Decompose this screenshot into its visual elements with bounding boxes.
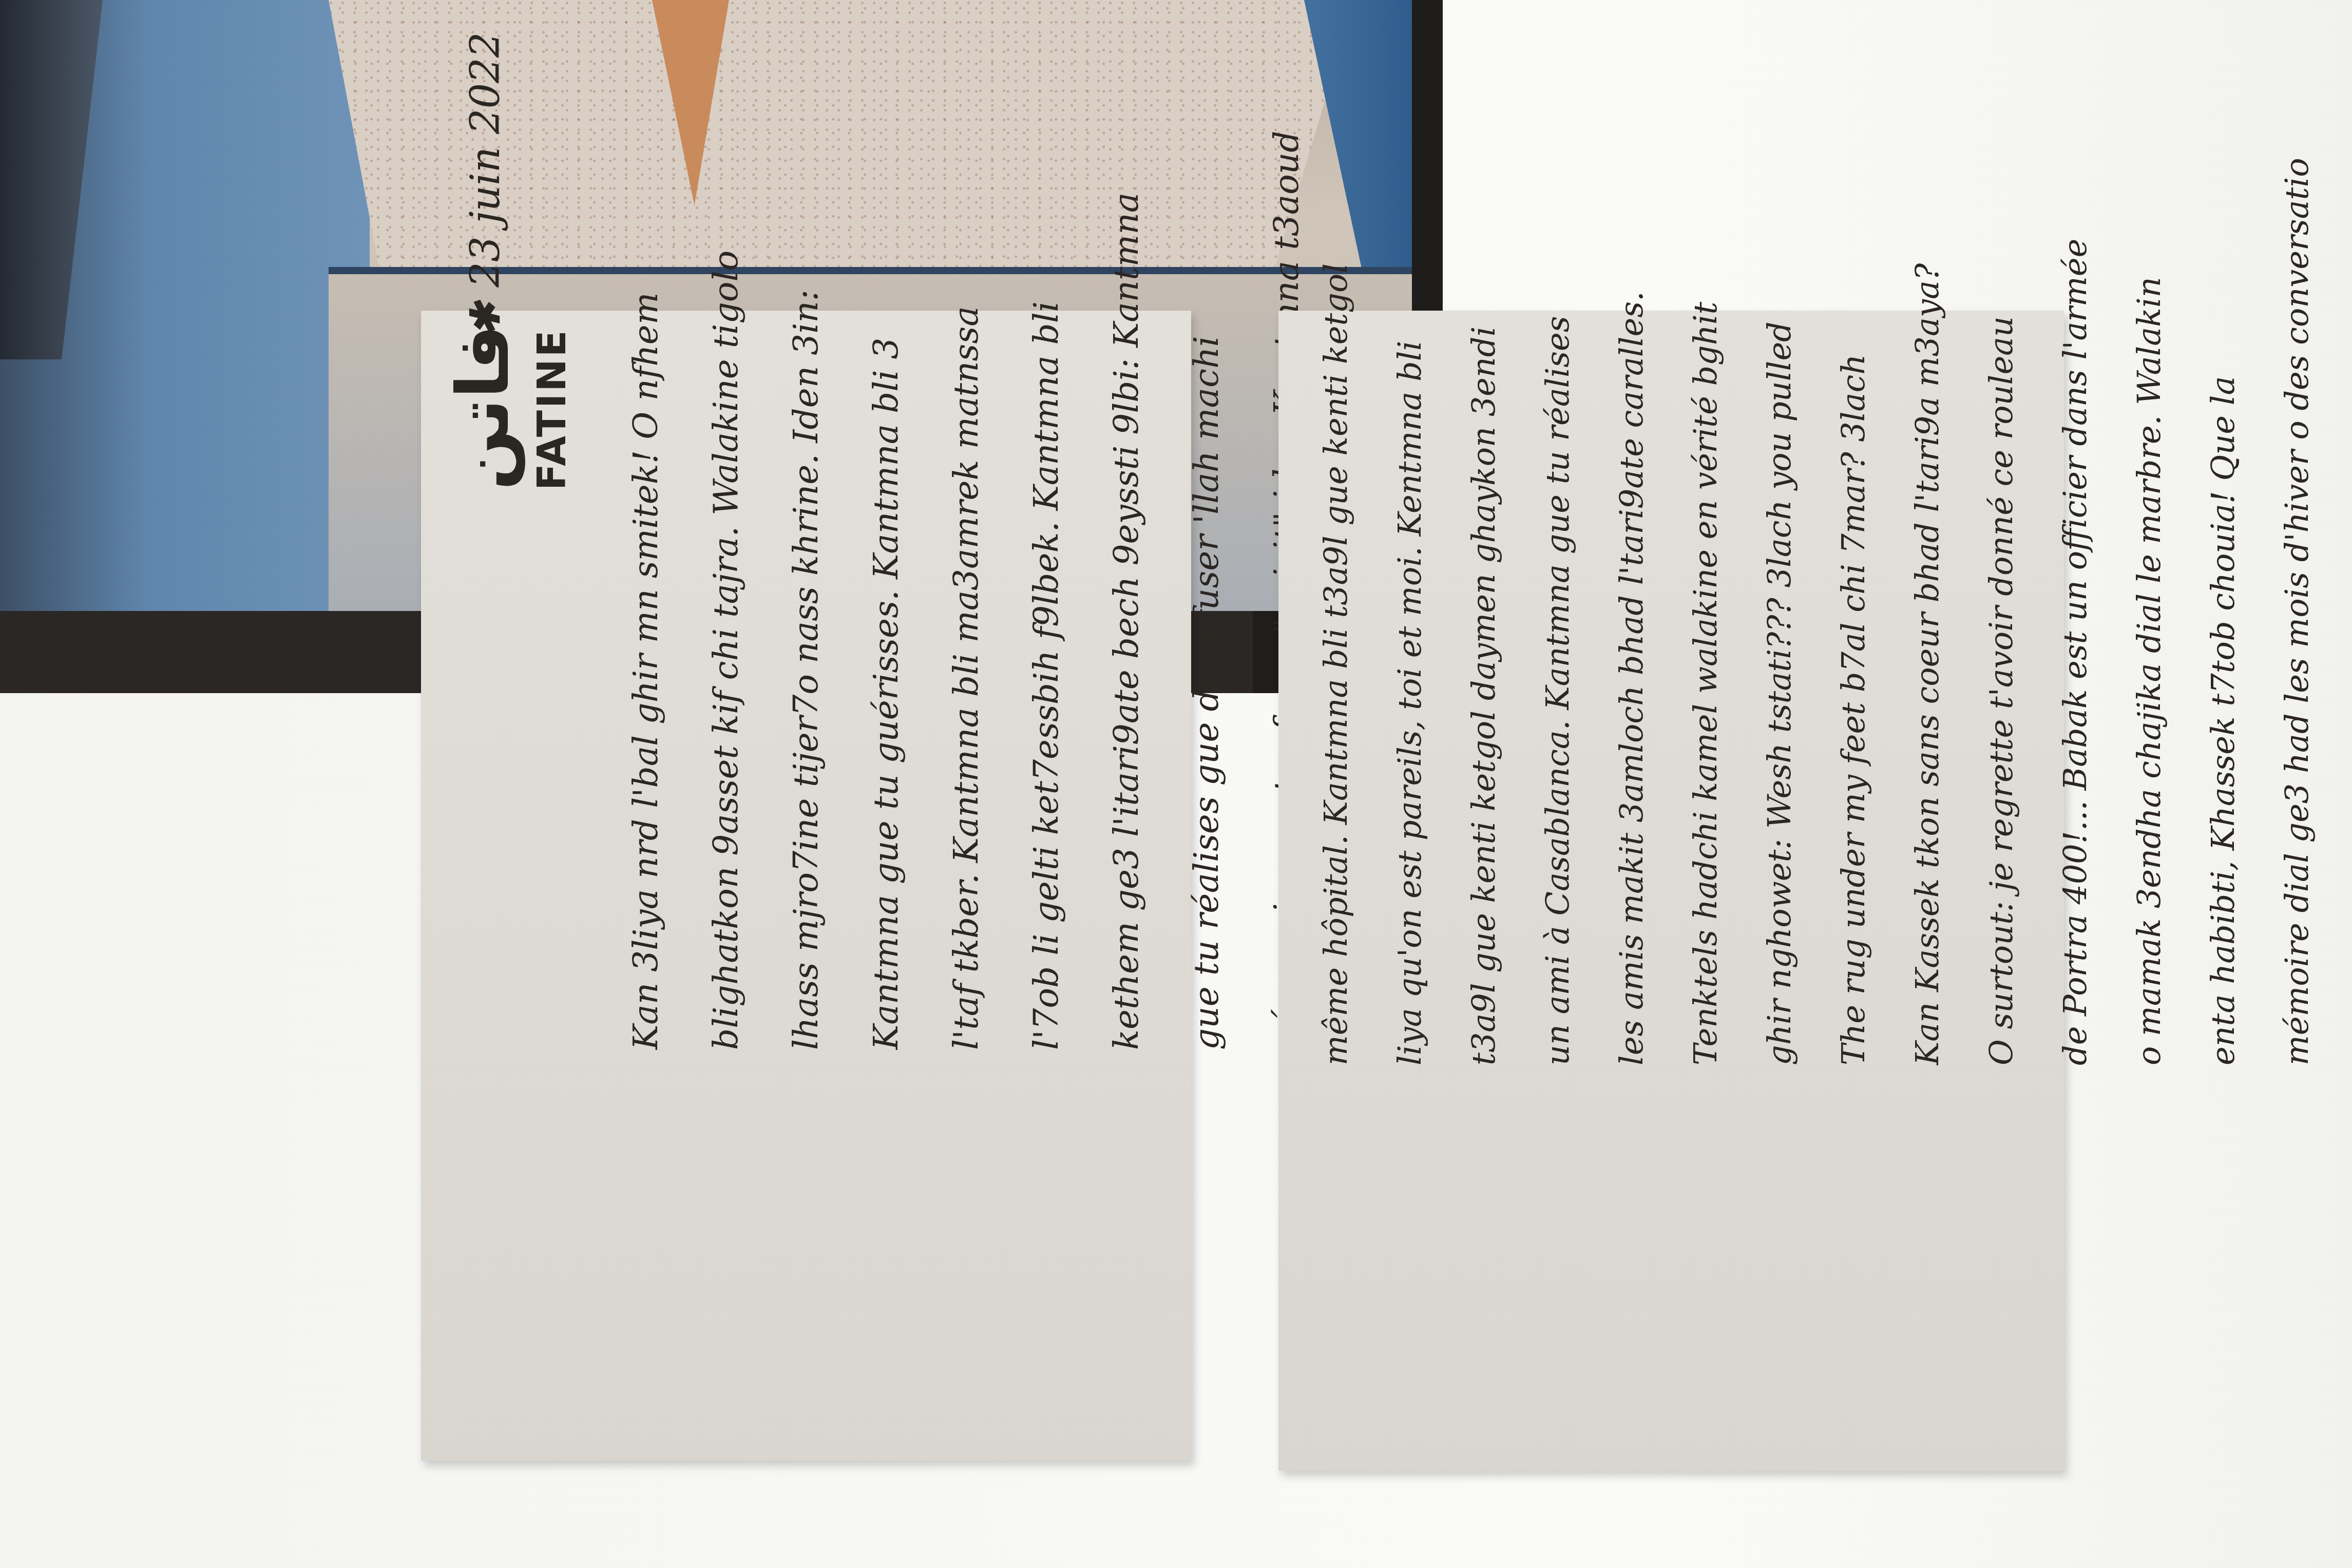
date-text: 23 juin 2022 — [463, 32, 509, 288]
handwritten-line: un ami à Casablanca. Kantmna gue tu réal… — [1521, 0, 1595, 1065]
handwritten-line: Kan 3liya nrd l'bal ghir mn smitek! O nf… — [606, 0, 686, 1050]
card-1-text: Kan 3liya nrd l'bal ghir mn smitek! O nf… — [606, 0, 1327, 1050]
letterhead-arabic: فاتن — [442, 324, 525, 490]
card-1-content: فاتن FATINE ✱23 juin 2022 Kan 3liya nrd … — [421, 0, 1191, 1081]
card-date: ✱23 juin 2022 — [462, 32, 509, 336]
asterisk-mark-icon: ✱ — [462, 303, 509, 336]
card-letterhead: فاتن FATINE ✱23 juin 2022 — [421, 0, 596, 1081]
handwritten-line: lhass mjro7ine tijer7o nass khrine. Iden… — [766, 0, 846, 1050]
handwritten-line: liya qu'on est pareils, toi et moi. Kent… — [1373, 0, 1447, 1065]
handwritten-card-1: فاتن FATINE ✱23 juin 2022 Kan 3liya nrd … — [421, 311, 1191, 1461]
handwritten-line: blighatkon 9asset kif chi tajra. Walakin… — [686, 0, 766, 1050]
handwritten-line: Kan Kassek tkon sans coeur bhad l'tari9a… — [1890, 0, 1964, 1065]
letterhead-latin: FATINE — [529, 328, 575, 490]
handwritten-line: O surtout: je regrette t'avoir donné ce … — [1964, 0, 2038, 1065]
handwritten-line: de Portra 400!... Babak est un officier … — [2038, 0, 2112, 1065]
card-2-text: même hôpital. Kantmna bli t3a9l gue kent… — [1299, 0, 2334, 1065]
handwritten-line: l'7ob li gelti ket7essbih f9lbek. Kantmn… — [1006, 0, 1086, 1050]
handwritten-line: The rug under my feet b7al chi 7mar? 3la… — [1816, 0, 1890, 1065]
handwritten-line: o mamak 3endha chajika dial le marbre. W… — [2112, 0, 2186, 1065]
handwritten-line: même hôpital. Kantmna bli t3a9l gue kent… — [1299, 0, 1373, 1065]
handwritten-line: ghir nghowet: Wesh tstati??? 3lach you p… — [1743, 0, 1816, 1065]
handwritten-line: l'taf tkber. Kantmna bli ma3amrek matnss… — [926, 0, 1006, 1050]
handwritten-line: mémoire dial ge3 had les mois d'hiver o … — [2260, 0, 2334, 1065]
handwritten-line: enta habibti, Khassek t7tob chouia! Que … — [2186, 0, 2260, 1065]
handwritten-card-2: même hôpital. Kantmna bli t3a9l gue kent… — [1278, 311, 2064, 1471]
handwritten-line: kethem ge3 l'itari9ate bech 9eyssti 9lbi… — [1086, 0, 1167, 1050]
handwritten-line: t3a9l gue kenti ketgol daymen ghaykon 3e… — [1447, 0, 1521, 1065]
card-2-content: même hôpital. Kantmna bli t3a9l gue kent… — [1278, 0, 2064, 1096]
handwritten-line: gue tu réalises gue de refuser 'llah mac… — [1167, 0, 1247, 1050]
handwritten-line: Tenktels hadchi kamel walakine en vérité… — [1669, 0, 1743, 1065]
handwritten-line: les amis makit 3amloch bhad l'tari9ate c… — [1595, 0, 1669, 1065]
handwritten-line: Kantmna gue tu guérisses. Kantmna bli 3 — [846, 0, 926, 1050]
